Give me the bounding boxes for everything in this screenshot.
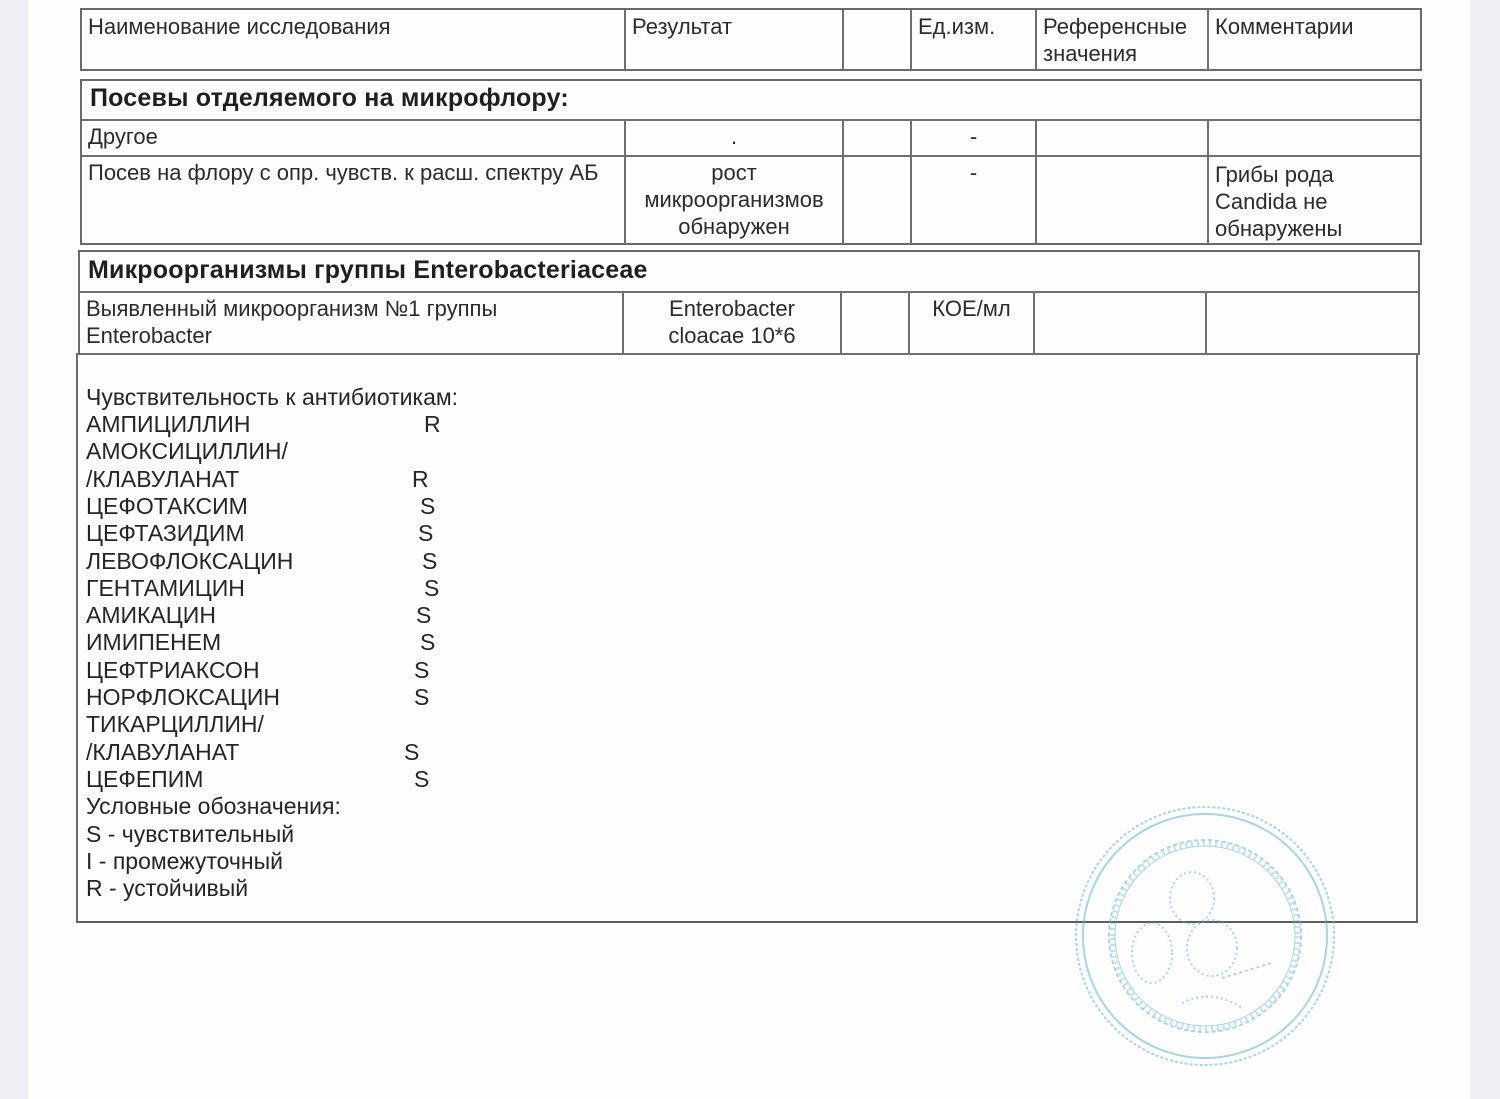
header-col-result: Результат (624, 10, 842, 69)
legend-item: I - промежуточный (86, 848, 283, 875)
row-name: Выявленный микроорганизм №1 группы Enter… (80, 293, 622, 353)
row-reference (1035, 121, 1207, 155)
row-name: Посев на флору с опр. чувств. к расш. сп… (82, 157, 624, 243)
antibiotic-name: ГЕНТАМИЦИН (86, 575, 245, 602)
antibiotic-name: ЦЕФТРИАКСОН (86, 657, 260, 684)
header-col-reference: Референсные значения (1035, 10, 1207, 69)
row-unit: - (910, 157, 1035, 243)
antibiotic-grade: R (424, 411, 441, 438)
antibiotic-grade: S (420, 493, 435, 520)
row-name: Другое (82, 121, 624, 155)
row-comment (1205, 293, 1420, 353)
antibiotic-grade: S (404, 739, 419, 766)
legend-item: R - устойчивый (86, 875, 248, 902)
antibiotic-grade: S (424, 575, 439, 602)
antibiotic-name: ИМИПЕНЕМ (86, 629, 221, 656)
row-flag (842, 157, 910, 243)
header-col-name: Наименование исследования (82, 10, 624, 69)
legend-title: Условные обозначения: (86, 793, 341, 820)
antibiotic-grade: S (420, 629, 435, 656)
row-comment (1207, 121, 1422, 155)
antibiotic-grade: S (414, 684, 429, 711)
row-flag (840, 293, 908, 353)
table-row: Посев на флору с опр. чувств. к расш. сп… (82, 155, 1420, 243)
antibiotic-name: /КЛАВУЛАНАТ (86, 739, 239, 766)
antibiotic-grade: S (414, 657, 429, 684)
antibiotic-name: ТИКАРЦИЛЛИН/ (86, 711, 264, 738)
antibiotic-grade: S (418, 520, 433, 547)
sensitivity-title: Чувствительность к антибиотикам: (86, 384, 458, 411)
antibiotic-name: ЛЕВОФЛОКСАЦИН (86, 548, 293, 575)
results-table-header: Наименование исследования Результат Ед.и… (80, 8, 1422, 71)
header-col-unit: Ед.изм. (910, 10, 1035, 69)
row-result: Enterobacter cloacae 10*6 (622, 293, 840, 353)
antibiotic-name: ЦЕФЕПИМ (86, 766, 203, 793)
antibiotic-grade: R (412, 466, 429, 493)
legend-item: S - чувствительный (86, 821, 294, 848)
row-comment: Грибы рода Candida не обнаружены (1207, 157, 1422, 243)
antibiotic-grade: S (416, 602, 431, 629)
antibiotic-name: АМПИЦИЛЛИН (86, 411, 250, 438)
header-row: Наименование исследования Результат Ед.и… (82, 10, 1420, 69)
header-col-flag (842, 10, 910, 69)
section-title: Микроорганизмы группы Enterobacteriaceae (88, 256, 648, 285)
antibiotic-name: АМИКАЦИН (86, 602, 216, 629)
official-stamp-icon (1072, 803, 1338, 1069)
header-col-comment: Комментарии (1207, 10, 1422, 69)
row-reference (1035, 157, 1207, 243)
antibiotic-name: НОРФЛОКСАЦИН (86, 684, 280, 711)
section-microflora: Посевы отделяемого на микрофлору: Другое… (80, 79, 1422, 245)
antibiotic-name: АМОКСИЦИЛЛИН/ (86, 438, 288, 465)
row-unit: КОЕ/мл (908, 293, 1033, 353)
antibiotic-grade: S (414, 766, 429, 793)
section-enterobacteriaceae: Микроорганизмы группы Enterobacteriaceae… (78, 250, 1420, 355)
antibiotic-name: ЦЕФТАЗИДИМ (86, 520, 245, 547)
antibiotic-name: /КЛАВУЛАНАТ (86, 466, 239, 493)
row-unit: - (910, 121, 1035, 155)
antibiotic-grade: S (422, 548, 437, 575)
row-reference (1033, 293, 1205, 353)
row-result: . (624, 121, 842, 155)
row-result: рост микроорганизмов обнаружен (624, 157, 842, 243)
antibiotic-name: ЦЕФОТАКСИМ (86, 493, 248, 520)
row-flag (842, 121, 910, 155)
table-row: Другое . - (82, 119, 1420, 155)
section-title: Посевы отделяемого на микрофлору: (90, 84, 569, 113)
table-row: Выявленный микроорганизм №1 группы Enter… (80, 291, 1418, 355)
